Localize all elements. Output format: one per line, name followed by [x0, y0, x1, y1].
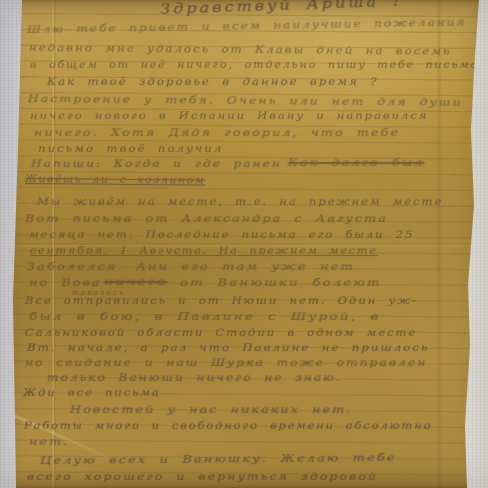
letter-paper: Здравствуй Ариша ! Шлю тебе привет и все… — [0, 0, 488, 488]
handwriting-line: ничего — [104, 276, 168, 288]
handwriting-line: Настроение у тебя. Очень или нет для душ… — [28, 93, 463, 109]
handwriting-line: только Ванюши ничего не знаю. — [47, 372, 342, 384]
handwriting-line: Работы много и свободного времени абсолю… — [24, 420, 432, 432]
paper-crease-vertical-right — [436, 0, 442, 488]
handwriting-line: был в бою, в Павлине с Шурой, в — [29, 311, 381, 323]
handwriting-line: Новостей у нас никаких нет. — [70, 404, 353, 416]
handwriting-line: Вот письма от Александра с Августа — [25, 213, 388, 225]
handwriting-line: Как твоё здоровье в данное время ? — [47, 76, 379, 88]
handwriting-line: письмо твоё получил — [38, 143, 223, 155]
handwriting-line: от Ванюшки болеют — [180, 277, 382, 289]
letter-photograph: Здравствуй Ариша ! Шлю тебе привет и все… — [0, 0, 488, 488]
handwriting-line: Целую всех и Ванюшку. Желаю тебе — [40, 452, 397, 467]
handwriting-line: сентября, 1 Августа. На прежнем месте — [30, 245, 378, 257]
handwriting-line: всего хорошего и вернуться здоровой — [27, 471, 378, 483]
handwriting-line: Живёшь ли с хозяином — [25, 173, 206, 187]
handwriting-line: в общем от неё ничего, отдельно пишу теб… — [30, 59, 479, 71]
handwriting-line: Мы живём на месте, т.е. на прежнем месте — [37, 196, 443, 208]
handwriting-line: Шлю тебе привет и всем наилучшие пожелан… — [27, 16, 485, 36]
handwriting-line: Все отправились и от Нюши нет. Один уж- — [25, 295, 418, 307]
handwriting-line: но свидание и наш Шурка тоже отправлен — [25, 357, 427, 369]
handwriting-line: ничего нового в Испании Ивану и направил… — [30, 110, 428, 122]
handwriting-line: Заболелся. Ани его там уже нет — [27, 261, 355, 273]
handwriting-line: ничего. Хотя Дядя говорил, что тебе — [34, 127, 400, 139]
paper-crease-vertical-left — [52, 0, 56, 488]
handwriting-line: месяца нет. Последние письма его были 25 — [29, 229, 414, 241]
handwriting-line: Сальниковой области Стадии в одном месте — [25, 327, 417, 339]
handwriting-line: Напиши: Когда и где ранен — [31, 158, 282, 170]
handwriting-line: Вт. начале, а раз что Павлине не пришлос… — [27, 342, 429, 354]
handwriting-line: Жди все письма — [23, 387, 161, 399]
handwriting-line: недавно мне удалось от Клавы дней на вос… — [29, 42, 452, 58]
letter-greeting: Здравствуй Ариша ! — [160, 0, 403, 18]
handwriting-line: нет. — [29, 436, 69, 448]
handwriting-line: Как долго был — [288, 157, 424, 169]
